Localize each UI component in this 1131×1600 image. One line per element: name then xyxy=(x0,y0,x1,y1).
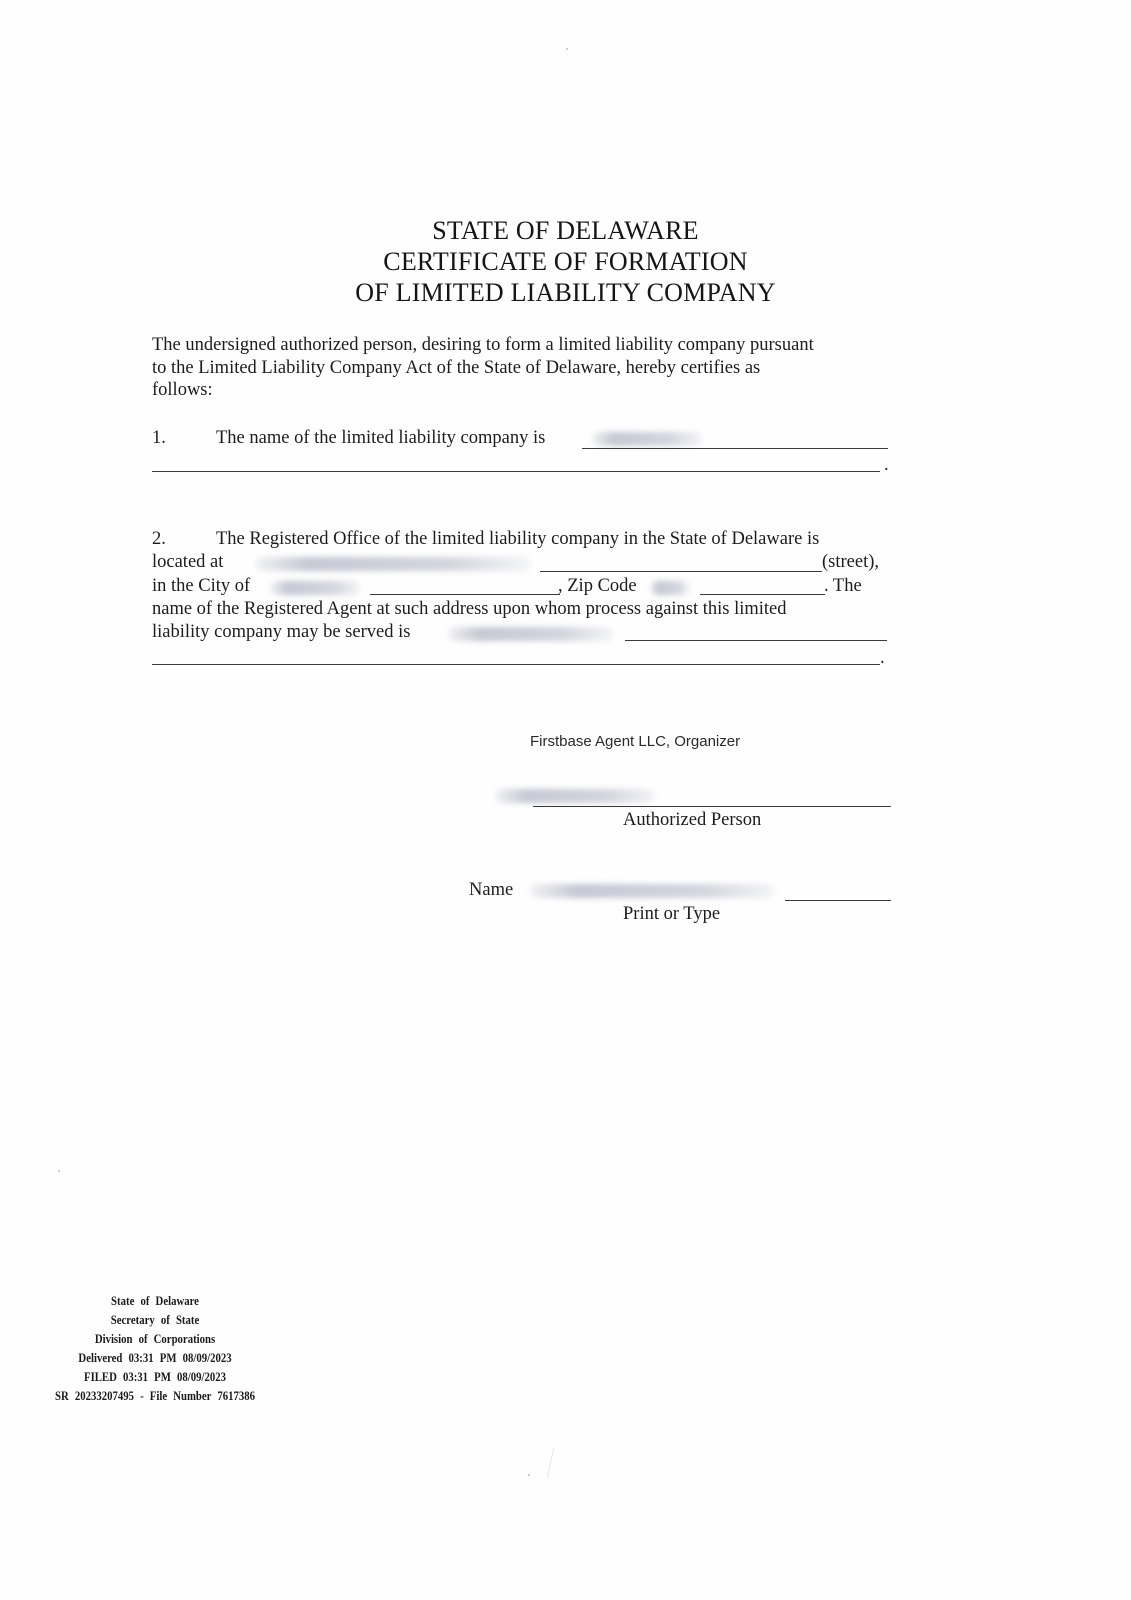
company-name-redacted xyxy=(592,432,702,446)
intro-line: The undersigned authorized person, desir… xyxy=(152,335,814,356)
organizer-label: Firstbase Agent LLC, Organizer xyxy=(530,733,740,750)
stamp-line: State of Delaware xyxy=(39,1292,271,1311)
section1-end: . xyxy=(884,455,889,476)
city-label: in the City of xyxy=(152,576,250,597)
section1-text: The name of the limited liability compan… xyxy=(216,428,545,449)
scan-speck xyxy=(528,1474,530,1476)
section2-line1: The Registered Office of the limited lia… xyxy=(216,529,819,550)
city-underline xyxy=(370,594,560,595)
certificate-page: STATE OF DELAWARE CERTIFICATE OF FORMATI… xyxy=(0,0,1131,1600)
zip-underline xyxy=(700,594,825,595)
city-redacted xyxy=(270,581,360,595)
company-name-underline-2 xyxy=(152,471,880,472)
street-underline xyxy=(540,571,822,572)
stamp-line: Division of Corporations xyxy=(39,1330,271,1349)
printed-name-underline xyxy=(785,900,891,901)
name-label: Name xyxy=(469,880,513,901)
title-line: STATE OF DELAWARE xyxy=(0,215,1131,246)
street-redacted xyxy=(255,557,530,571)
authorized-person-label: Authorized Person xyxy=(623,810,761,831)
agent-redacted xyxy=(448,627,613,641)
agent-underline-2 xyxy=(152,664,880,665)
stamp-line: SR 20233207495 - File Number 7617386 xyxy=(39,1387,271,1406)
zip-label: , Zip Code xyxy=(558,576,637,597)
stamp-line: Delivered 03:31 PM 08/09/2023 xyxy=(39,1349,271,1368)
print-or-type-label: Print or Type xyxy=(623,904,720,925)
document-title: STATE OF DELAWARE CERTIFICATE OF FORMATI… xyxy=(0,215,1131,308)
printed-name-redacted xyxy=(530,884,775,898)
section2-end: . xyxy=(880,648,885,669)
located-at-label: located at xyxy=(152,552,223,573)
stamp-line: FILED 03:31 PM 08/09/2023 xyxy=(39,1368,271,1387)
title-line: OF LIMITED LIABILITY COMPANY xyxy=(0,277,1131,308)
section2-line5: liability company may be served is xyxy=(152,622,410,643)
company-name-underline xyxy=(582,448,888,449)
scan-speck xyxy=(58,1170,60,1172)
zip-redacted xyxy=(650,581,690,595)
street-suffix: (street), xyxy=(822,552,879,573)
scan-speck xyxy=(566,48,568,50)
intro-line: follows: xyxy=(152,380,213,401)
intro-line: to the Limited Liability Company Act of … xyxy=(152,358,760,379)
signature-line xyxy=(533,806,891,807)
the-text: . The xyxy=(824,576,862,597)
scan-mark xyxy=(547,1448,554,1478)
section2-number: 2. xyxy=(152,529,166,550)
title-line: CERTIFICATE OF FORMATION xyxy=(0,246,1131,277)
section2-line4: name of the Registered Agent at such add… xyxy=(152,599,787,620)
stamp-line: Secretary of State xyxy=(39,1311,271,1330)
filing-stamp: State of Delaware Secretary of State Div… xyxy=(39,1292,271,1406)
section1-number: 1. xyxy=(152,428,166,449)
agent-underline xyxy=(625,640,887,641)
signature-redacted xyxy=(495,789,655,803)
